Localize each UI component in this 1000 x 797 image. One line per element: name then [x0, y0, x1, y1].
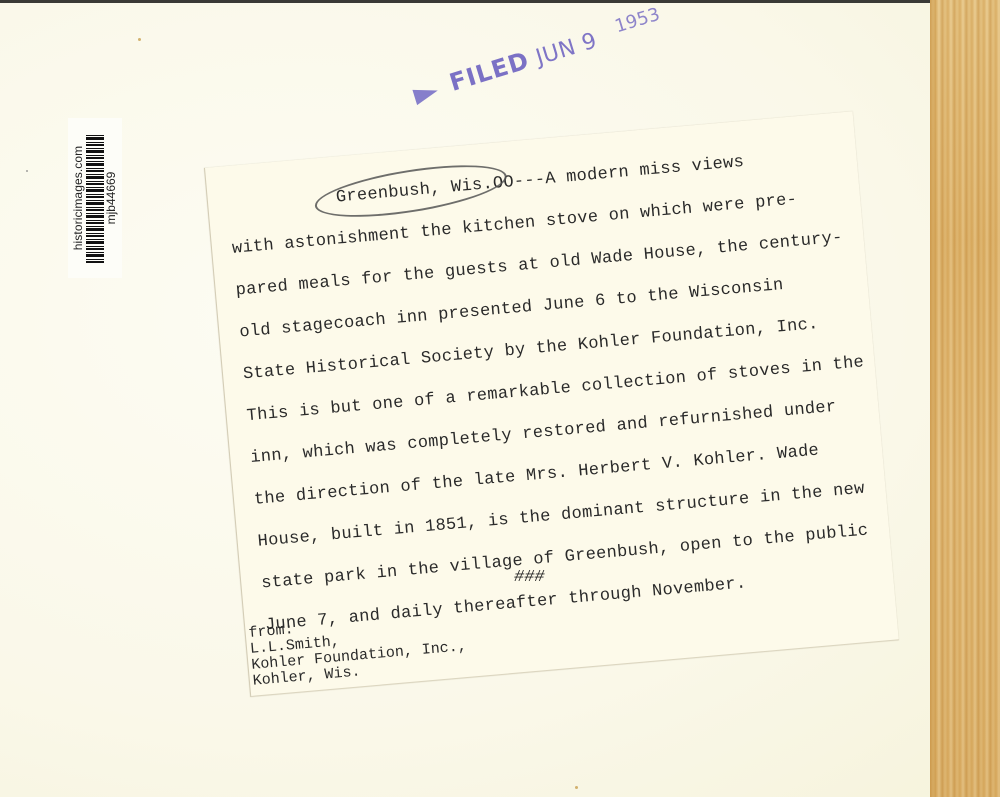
stain-speck — [26, 170, 28, 172]
circled-annotation — [312, 155, 510, 227]
watermark-id: mjb44669 — [105, 172, 118, 225]
scan-edge — [0, 0, 1000, 3]
watermark-site: historicimages.com — [72, 146, 85, 251]
stain-speck — [575, 786, 578, 789]
arrow-right-icon — [412, 83, 440, 105]
caption-slip: Greenbush, Wis. OO---A modern miss views… — [204, 111, 899, 697]
stain-speck — [138, 38, 141, 41]
barcode-icon — [86, 133, 104, 263]
dateline-suffix: OO---A modern miss views — [492, 153, 745, 194]
dateline: Greenbush, Wis. — [335, 175, 494, 208]
tape-strip — [930, 0, 1000, 797]
end-mark: ### — [514, 568, 545, 587]
watermark-label: historicimages.com mjb44669 — [68, 118, 122, 278]
